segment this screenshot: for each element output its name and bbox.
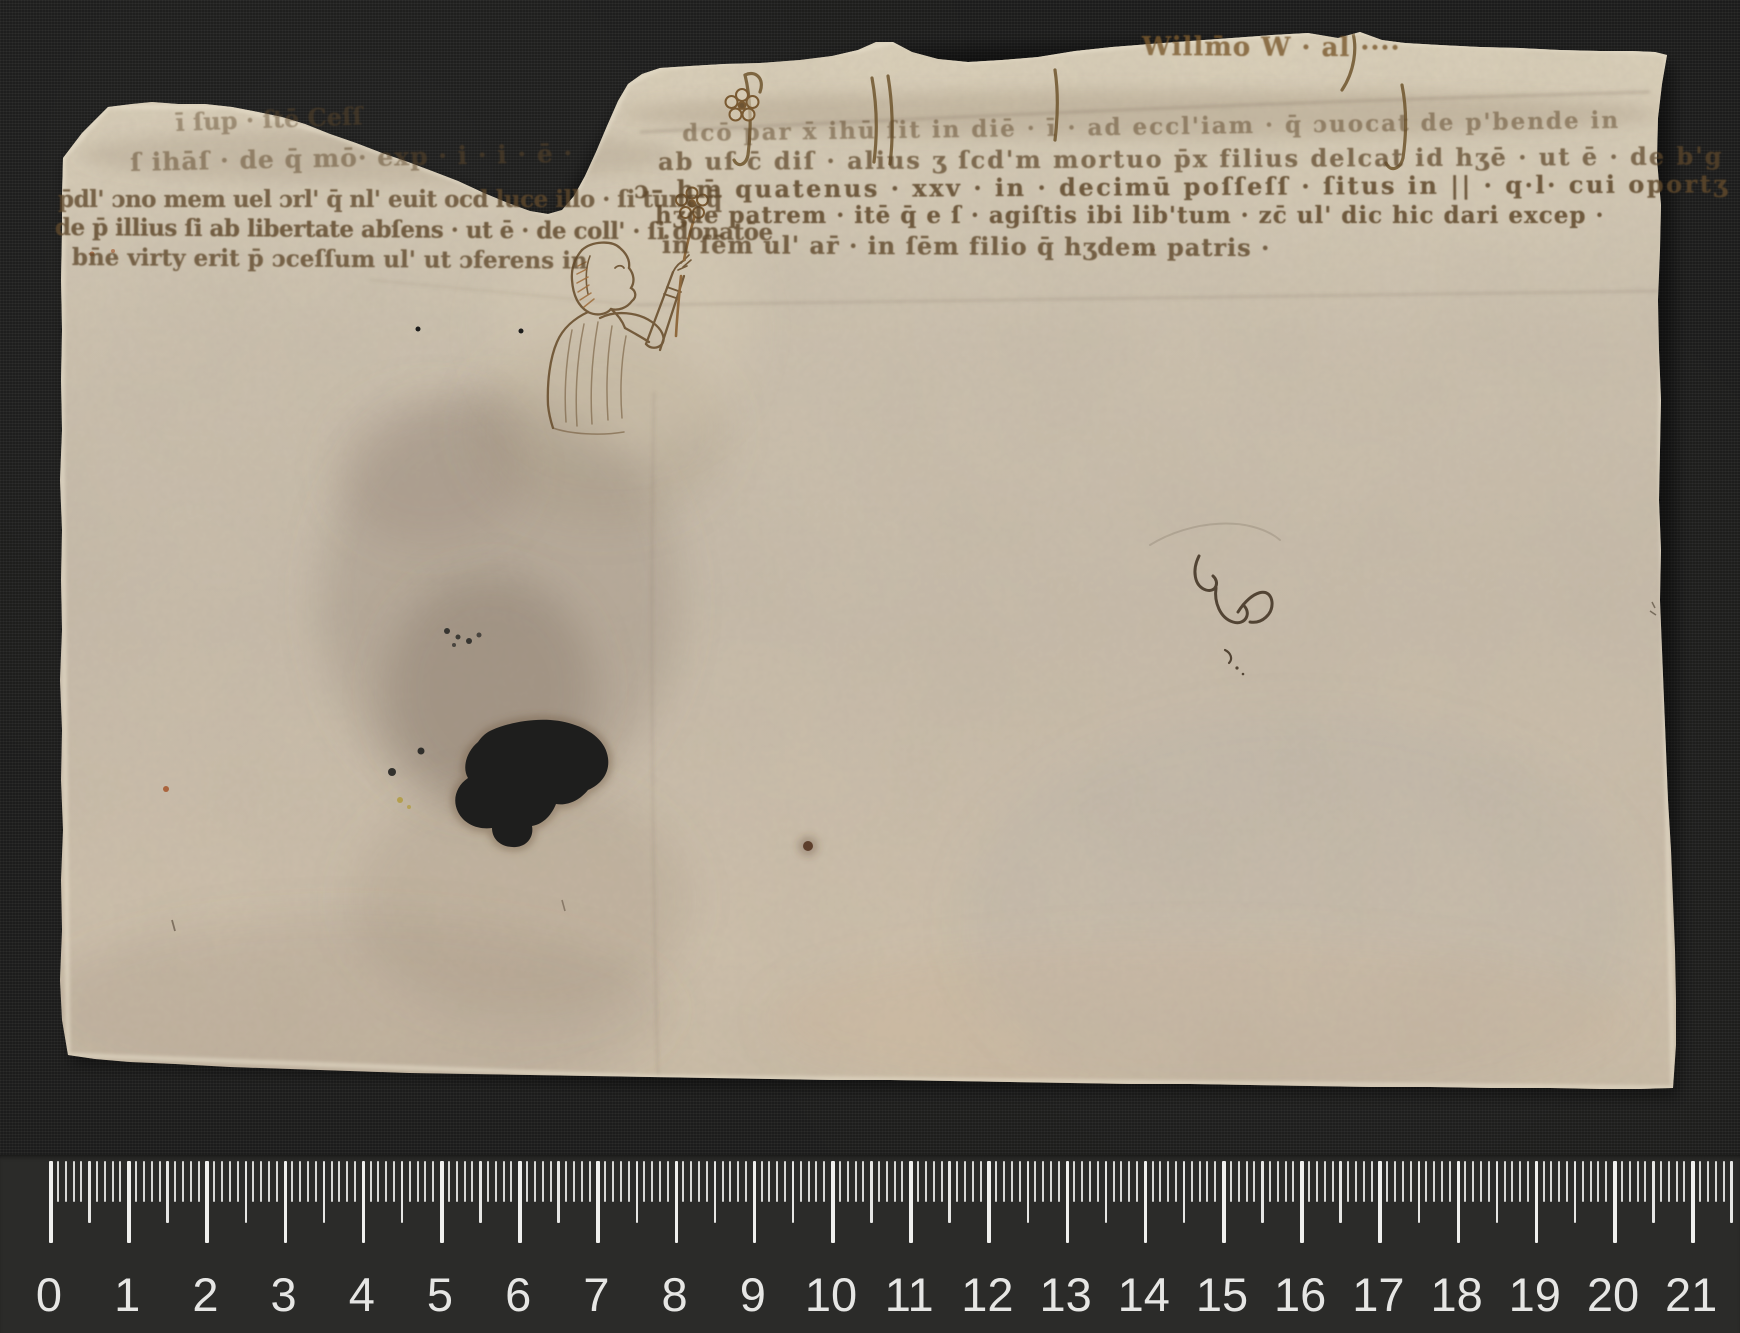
ruler-tick [57,1161,59,1202]
ruler-tick [1073,1161,1075,1202]
ruler-tick [784,1161,786,1202]
ruler-tick [862,1161,864,1202]
ruler-tick [667,1161,669,1202]
ruler-tick [1058,1161,1060,1202]
ruler-number: 19 [1509,1267,1561,1322]
ruler-tick [401,1161,404,1223]
ruler-tick [682,1161,684,1202]
ruler-tick [1183,1161,1186,1223]
ruler-tick [1120,1161,1122,1202]
ruler-number: 10 [805,1267,857,1322]
ruler-tick [1425,1161,1427,1202]
ruler-tick [894,1161,896,1202]
ruler-tick [448,1161,450,1202]
ruler-tick [550,1161,552,1202]
ruler-tick [1081,1161,1083,1202]
ruler-tick [651,1161,653,1202]
ruler-tick [1511,1161,1513,1202]
ruler-tick [1238,1161,1240,1202]
ruler-tick [1144,1161,1148,1243]
ruler-tick [1285,1161,1287,1202]
ruler-tick [636,1161,639,1223]
ruler-tick [1723,1161,1725,1202]
ruler-tick [1730,1161,1733,1223]
ruler-tick [159,1161,161,1202]
ruler-tick [252,1161,254,1202]
ruler-tick [722,1161,724,1202]
ruler-tick [698,1161,700,1202]
ruler-number: 9 [740,1267,766,1322]
ruler-number: 15 [1196,1267,1248,1322]
ruler-tick [690,1161,692,1202]
ruler-tick [675,1161,679,1243]
photograph-stage: Willm̄o W · al ···· ī ſup · ſtē Ceſſ ſ i… [0,0,1740,1333]
ruler-tick [917,1161,919,1202]
ruler-tick [1355,1161,1357,1202]
ruler-tick [346,1161,348,1202]
ruler-tick [823,1161,825,1202]
ruler-tick [1339,1161,1342,1223]
ruler-tick [1089,1161,1091,1202]
ruler-tick [1707,1161,1709,1202]
ruler-tick [745,1161,747,1202]
ruler-tick [941,1161,943,1202]
ruler-tick [612,1161,614,1202]
ruler-tick [503,1161,505,1202]
ruler-tick [268,1161,270,1202]
ruler-tick [565,1161,567,1202]
ruler-tick [1097,1161,1099,1202]
ruler-tick [1668,1161,1670,1202]
ruler-tick [1621,1161,1623,1202]
ruler-tick [1605,1161,1607,1202]
ruler-tick [964,1161,966,1202]
ruler-tick [737,1161,739,1202]
ruler-tick [706,1161,708,1202]
ruler-tick [96,1161,98,1202]
ruler-tick [1402,1161,1404,1202]
ruler-number: 13 [1039,1267,1091,1322]
ruler-tick [456,1161,458,1202]
ruler-tick [1019,1161,1021,1202]
ruler-tick [385,1161,387,1202]
ruler-tick [659,1161,661,1202]
ruler-tick [1488,1161,1490,1202]
ruler-tick [1363,1161,1365,1202]
ruler-tick [972,1161,974,1202]
ruler-number: 6 [505,1267,531,1322]
ruler-tick [1167,1161,1169,1202]
ruler-tick [1277,1161,1279,1202]
ruler-tick [526,1161,528,1202]
ruler-number: 17 [1352,1267,1404,1322]
ruler-tick [362,1161,366,1243]
ruler-tick [49,1161,53,1243]
ruler-tick [557,1161,560,1223]
ruler-tick [276,1161,278,1202]
ruler-tick [1464,1161,1466,1202]
ruler-tick [714,1161,717,1223]
ruler-tick [1699,1161,1701,1202]
ruler-tick [151,1161,153,1202]
ruler-tick [753,1161,757,1243]
ruler-tick [1418,1161,1421,1223]
ruler-tick [1113,1161,1115,1202]
ruler-tick [761,1161,763,1202]
ruler-tick [878,1161,880,1202]
ruler-tick [495,1161,497,1202]
ruler-tick [1637,1161,1639,1202]
ruler-tick [182,1161,184,1202]
ruler-tick [409,1161,411,1202]
ruler-tick [1527,1161,1529,1202]
ruler-tick [487,1161,489,1202]
ruler-tick [65,1161,67,1202]
ruler-tick [354,1161,356,1202]
ruler-tick [88,1161,91,1223]
ruler-tick [1629,1161,1631,1202]
ruler-tick [1371,1161,1373,1202]
ruler-tick [1683,1161,1685,1202]
ruler-tick [1199,1161,1201,1202]
ruler-tick [956,1161,958,1202]
ruler-tick [847,1161,849,1202]
ruler-tick [464,1161,466,1202]
ruler-tick [1332,1161,1334,1202]
ruler-tick [620,1161,622,1202]
ruler-number: 11 [885,1267,934,1322]
ruler-tick [1027,1161,1030,1223]
ruler-tick [1191,1161,1193,1202]
ruler-tick [104,1161,106,1202]
ruler-tick [471,1161,473,1202]
ruler-tick [1128,1161,1130,1202]
ruler-tick [925,1161,927,1202]
ruler-tick [1105,1161,1108,1223]
ruler-number: 18 [1430,1267,1482,1322]
ruler-tick [440,1161,444,1243]
ruler-tick [73,1161,75,1202]
ruler-tick [80,1161,82,1202]
ruler-tick [1691,1161,1695,1243]
ruler-tick [127,1161,131,1243]
ruler-tick [1292,1161,1294,1202]
ruler-tick [1136,1161,1138,1202]
ruler-tick [237,1161,239,1202]
parchment-fragment [0,0,1740,1333]
ruler-tick [1496,1161,1499,1223]
ruler-scale: 0123456789101112131415161718192021 [0,1155,1740,1333]
ruler-tick [589,1161,591,1202]
ruler-number: 0 [36,1267,62,1322]
ruler-tick [338,1161,340,1202]
ruler-number: 4 [349,1267,375,1322]
ruler-tick [831,1161,835,1243]
ruler-tick [370,1161,372,1202]
ruler-tick [518,1161,522,1243]
ruler-tick [1676,1161,1678,1202]
ruler-tick [479,1161,482,1223]
ruler-tick [1222,1161,1226,1243]
ruler-tick [260,1161,262,1202]
ruler-tick [1253,1161,1255,1202]
ruler-tick [1324,1161,1326,1202]
ruler-tick [792,1161,795,1223]
ruler-tick [1347,1161,1349,1202]
ruler-tick [948,1161,951,1223]
ruler-tick [119,1161,121,1202]
ruler-tick [1480,1161,1482,1202]
ruler-tick [1652,1161,1655,1223]
ruler-number: 21 [1665,1267,1717,1322]
ruler-tick [933,1161,935,1202]
ruler-tick [112,1161,114,1202]
ruler-tick [980,1161,982,1202]
ruler-tick [190,1161,192,1202]
ruler-number: 16 [1274,1267,1326,1322]
ruler-tick [510,1161,512,1202]
ruler-tick [1230,1161,1232,1202]
ruler-tick [331,1161,333,1202]
ruler-tick [1003,1161,1005,1202]
ruler-tick [221,1161,223,1202]
ruler-number: 8 [662,1267,688,1322]
ruler-tick [1457,1161,1461,1243]
ruler-tick [573,1161,575,1202]
ruler-tick [1246,1161,1248,1202]
ruler-number: 7 [583,1267,609,1322]
ruler-tick [1644,1161,1646,1202]
ruler-tick [1269,1161,1271,1202]
ruler-tick [166,1161,169,1223]
ruler-tick [1566,1161,1568,1202]
ruler-tick [1316,1161,1318,1202]
ruler-number: 1 [114,1267,140,1322]
ruler-tick [1574,1161,1577,1223]
ruler-tick [213,1161,215,1202]
ruler-tick [198,1161,200,1202]
ruler-tick [1558,1161,1560,1202]
ruler-tick [855,1161,857,1202]
ruler-tick [1543,1161,1545,1202]
ruler-tick [315,1161,317,1202]
ruler-tick [143,1161,145,1202]
ruler-tick [1660,1161,1662,1202]
ruler-tick [307,1161,309,1202]
ruler-tick [1206,1161,1208,1202]
ruler-tick [174,1161,176,1202]
ruler-tick [1613,1161,1617,1243]
ruler-number: 2 [192,1267,218,1322]
ruler-tick [768,1161,770,1202]
ruler-tick [800,1161,802,1202]
ruler-tick [1034,1161,1036,1202]
ruler-tick [1261,1161,1264,1223]
ruler-tick [901,1161,903,1202]
ruler-tick [604,1161,606,1202]
ruler-tick [291,1161,293,1202]
ruler-tick [205,1161,209,1243]
ruler-tick [776,1161,778,1202]
ruler-tick [643,1161,645,1202]
ruler-tick [1715,1161,1717,1202]
ruler-tick [284,1161,288,1243]
ruler-tick [377,1161,379,1202]
ruler-tick [1042,1161,1044,1202]
ruler-tick [534,1161,536,1202]
ruler-tick [1066,1161,1070,1243]
ruler-tick [229,1161,231,1202]
ruler-tick [1441,1161,1443,1202]
ruler-tick [1590,1161,1592,1202]
ruler-tick [1597,1161,1599,1202]
ruler-tick [1308,1161,1310,1202]
ruler-tick [815,1161,817,1202]
ruler-tick [1394,1161,1396,1202]
ruler-tick [323,1161,326,1223]
ruler-tick [628,1161,630,1202]
ruler-number: 14 [1118,1267,1170,1322]
ruler-tick [596,1161,600,1243]
ruler-number: 3 [271,1267,297,1322]
ruler-tick [1214,1161,1216,1202]
ruler-tick [1535,1161,1539,1243]
ruler-tick [432,1161,434,1202]
ruler-number: 5 [427,1267,453,1322]
ruler-tick [1159,1161,1161,1202]
ruler-tick [729,1161,731,1202]
ruler-tick [995,1161,997,1202]
ruler-tick [1519,1161,1521,1202]
ruler-tick [1152,1161,1154,1202]
ruler-tick [1378,1161,1382,1243]
ruler-tick [1410,1161,1412,1202]
ruler-tick [542,1161,544,1202]
ruler-tick [1504,1161,1506,1202]
ruler-number: 20 [1587,1267,1639,1322]
ruler-tick [1472,1161,1474,1202]
ruler-tick [581,1161,583,1202]
ruler-tick [135,1161,137,1202]
ruler-number: 12 [961,1267,1013,1322]
ruler-tick [1300,1161,1304,1243]
ruler-tick [1550,1161,1552,1202]
ruler-tick [299,1161,301,1202]
ruler-tick [1582,1161,1584,1202]
ruler-tick [987,1161,991,1243]
ruler-tick [870,1161,873,1223]
ruler-tick [1433,1161,1435,1202]
ruler-tick [839,1161,841,1202]
ruler-tick [1175,1161,1177,1202]
ruler-tick [886,1161,888,1202]
ruler-tick [1386,1161,1388,1202]
ruler-tick [245,1161,248,1223]
ruler-tick [808,1161,810,1202]
ruler-tick [1011,1161,1013,1202]
ruler-tick [1050,1161,1052,1202]
ruler-tick [424,1161,426,1202]
ruler-tick [1449,1161,1451,1202]
ruler-tick [417,1161,419,1202]
ruler-tick [393,1161,395,1202]
ruler-tick [909,1161,913,1243]
